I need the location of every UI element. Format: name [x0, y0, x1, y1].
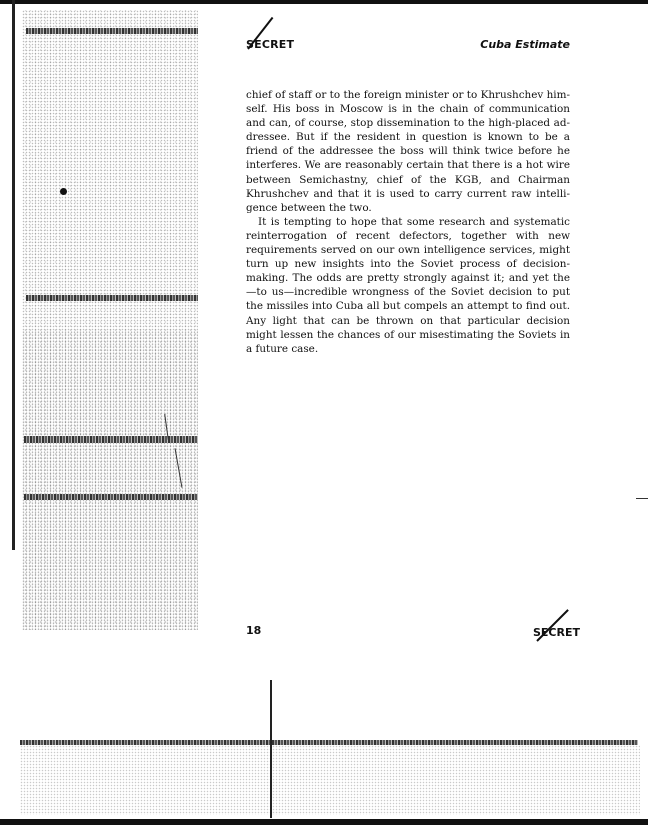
scan-bleed-through-bottom [20, 745, 640, 815]
document-body: chief of staff or to the foreign ministe… [246, 88, 570, 356]
scan-left-edge [12, 0, 15, 550]
scan-band [24, 436, 198, 443]
scan-band [26, 28, 198, 34]
scan-spot [60, 188, 67, 195]
scan-margin-mark [636, 498, 648, 499]
paragraph: chief of staff or to the foreign ministe… [246, 88, 570, 215]
header-title: Cuba Estimate [480, 38, 570, 51]
scan-top-border [0, 0, 648, 4]
scan-band [26, 295, 198, 301]
scan-band [24, 494, 198, 500]
paragraph: It is tempting to hope that some researc… [246, 215, 570, 356]
scan-stroke [270, 680, 272, 818]
scan-bleed-through-left-lower [22, 330, 198, 630]
page-number: 18 [246, 624, 261, 637]
scan-bottom-border [0, 819, 648, 825]
